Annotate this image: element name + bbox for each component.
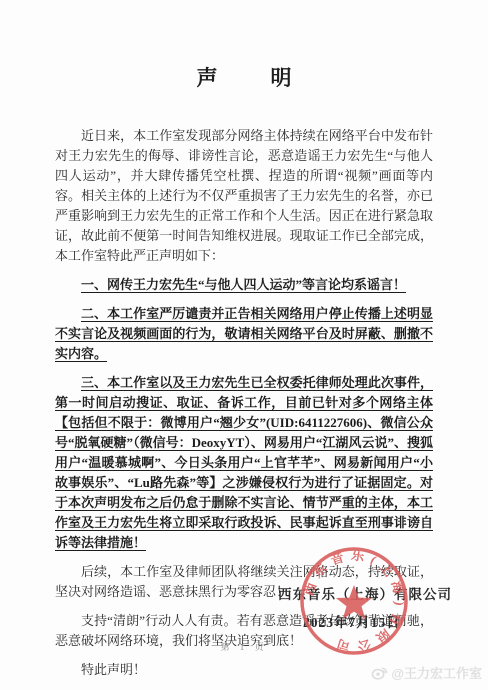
document-title: 声 明	[0, 0, 488, 92]
statement-item-1: 一、网传王力宏先生“与他人四人运动”等言论均系谣言！	[55, 275, 433, 295]
paragraph-intro: 近日来，本工作室发现部分网络主体持续在网络平台中发布针对王力宏先生的侮辱、诽谤性…	[55, 126, 433, 266]
statement-item-3: 三、本工作室以及王力宏先生已全权委托律师处理此次事件，第一时间启动搜证、取证、备…	[55, 373, 433, 553]
weibo-watermark: @王力宏工作室	[371, 663, 482, 682]
watermark-text: @王力宏工作室	[391, 663, 482, 682]
statement-document: 声 明 近日来，本工作室发现部分网络主体持续在网络平台中发布针对王力宏先生的侮辱…	[0, 0, 488, 690]
statement-item-2: 二、本工作室严厉谴责并正告相关网络用户停止传播上述明显不实言论及视频画面的行为，…	[55, 304, 433, 364]
weibo-icon	[371, 665, 388, 680]
signature-date: 2023年7月15日	[303, 611, 401, 631]
signature-company: 西东音乐（上海）有限公司	[278, 583, 452, 603]
page-number: 第 1 页	[0, 640, 488, 653]
